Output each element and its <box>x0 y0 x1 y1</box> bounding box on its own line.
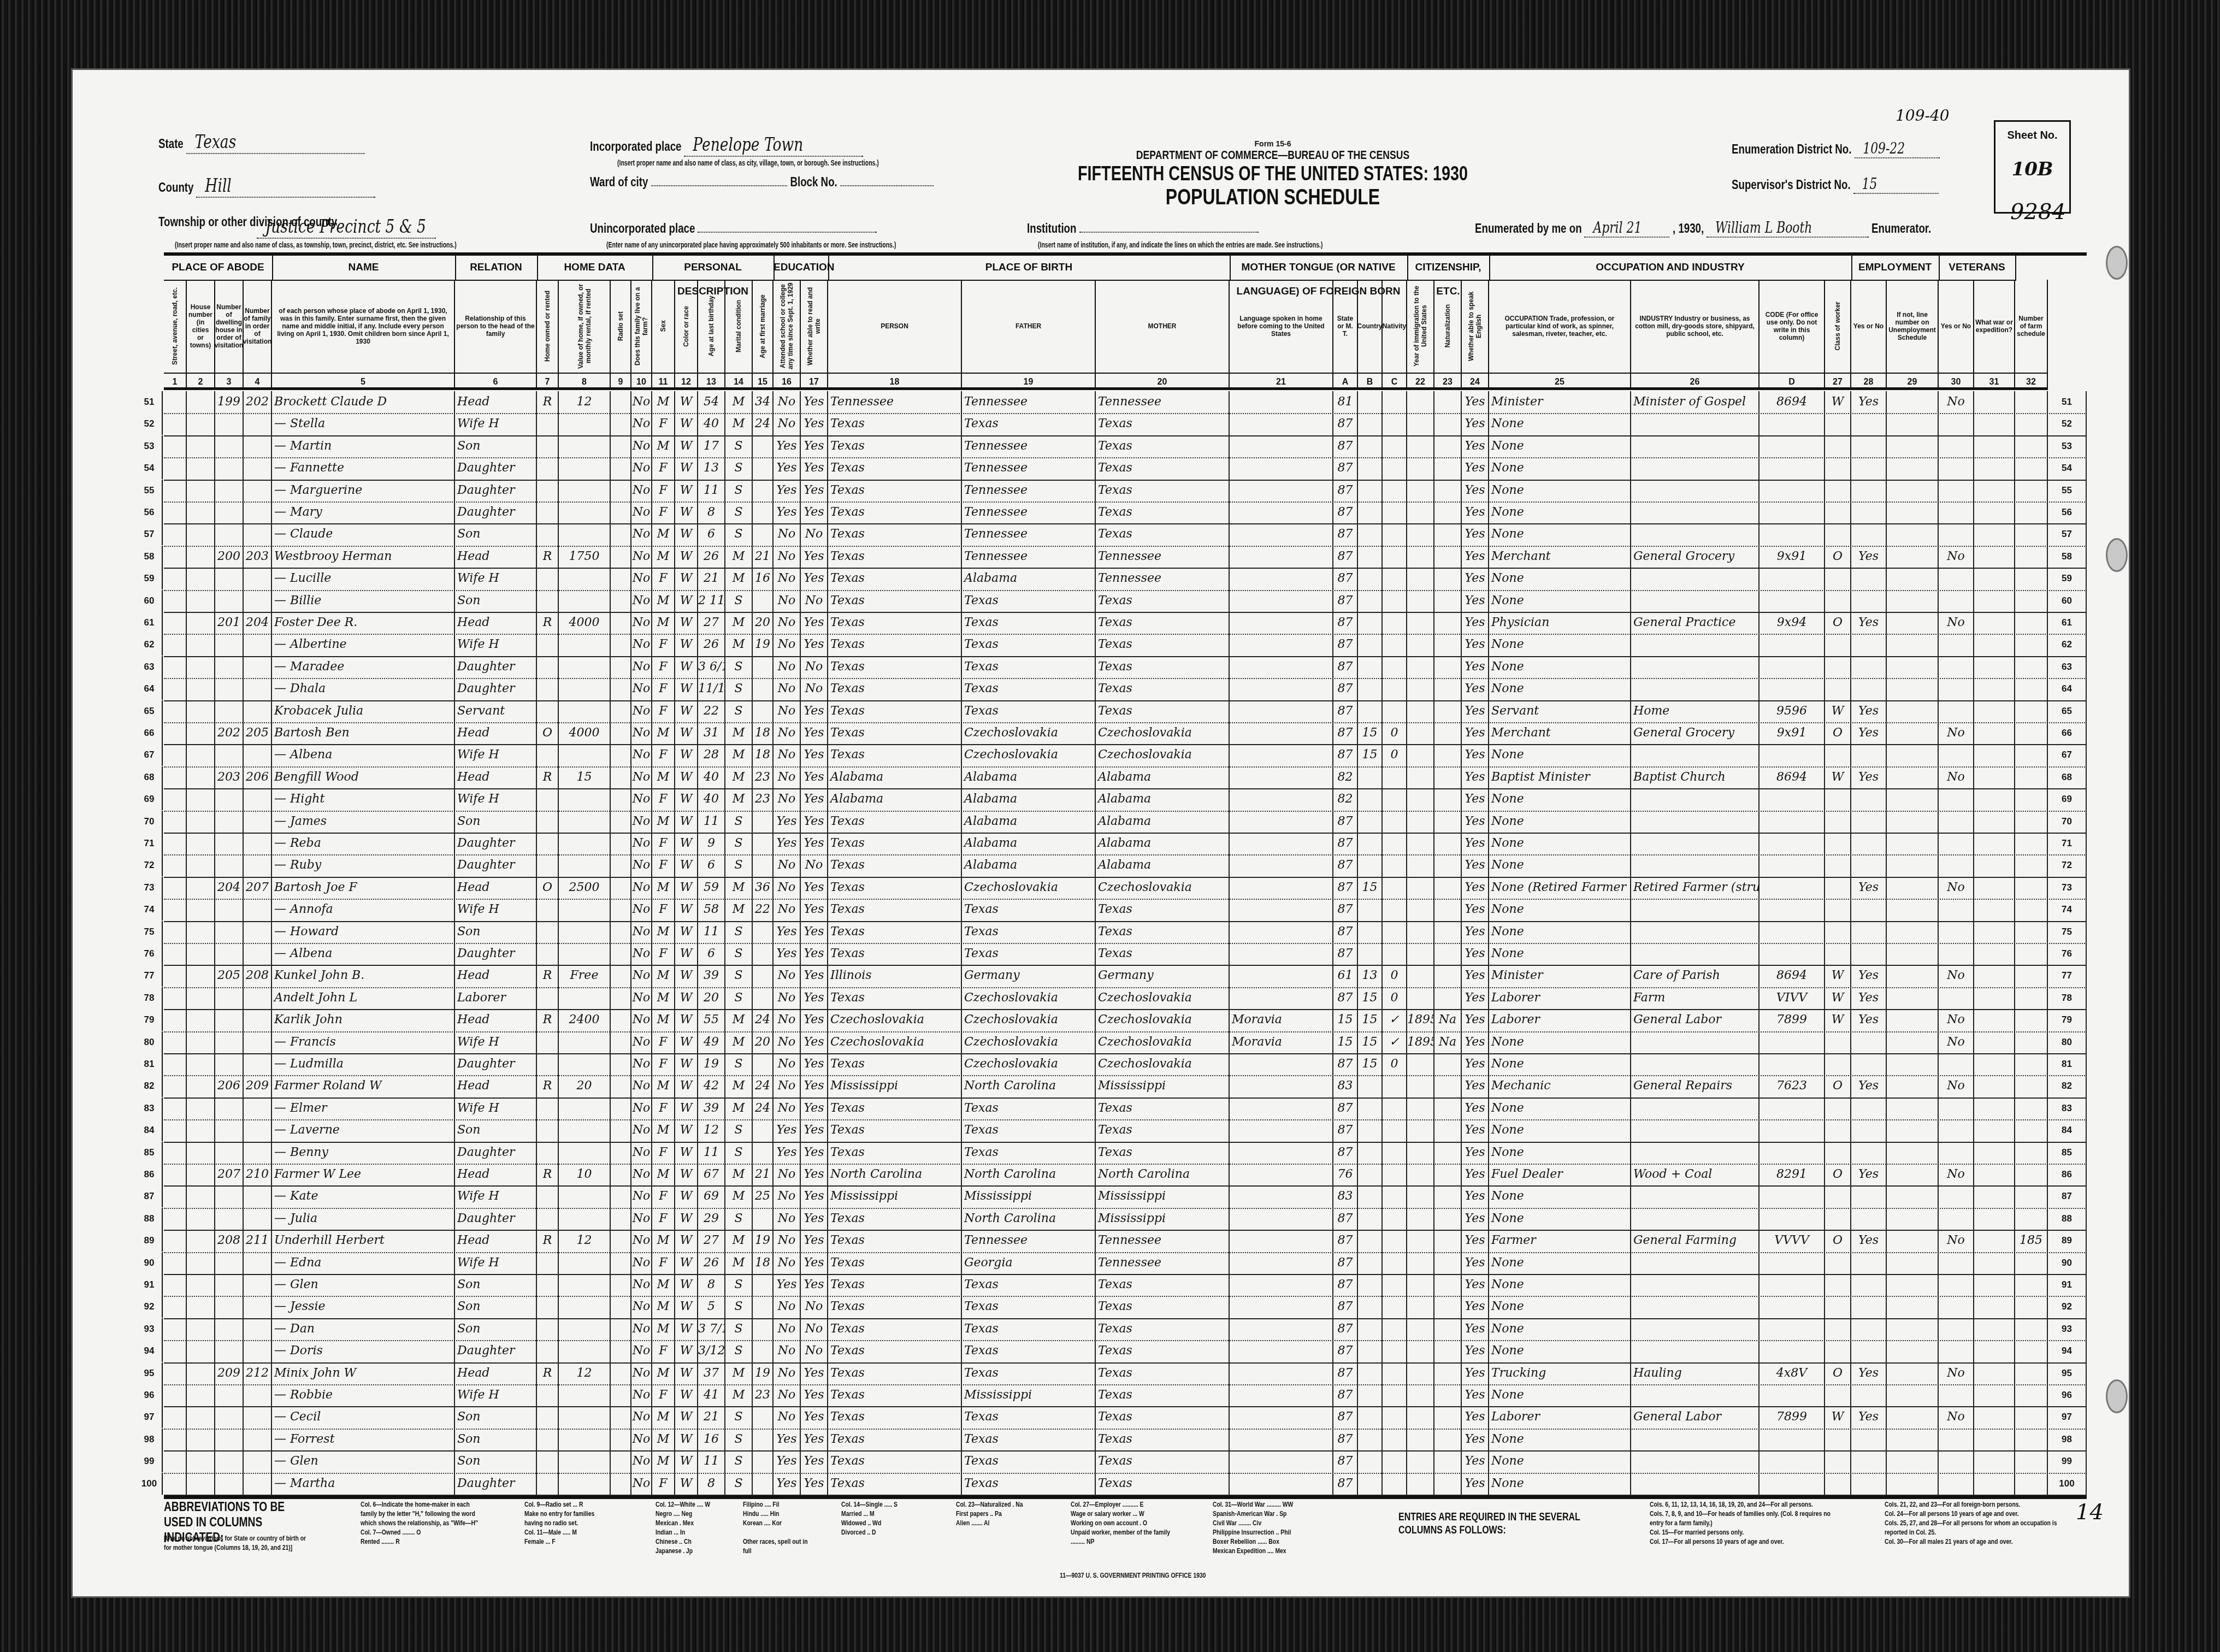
cell-war <box>1974 943 2015 965</box>
cell-b <box>1358 921 1383 943</box>
cell-mother: Texas <box>1096 921 1230 943</box>
cell-race: W <box>675 744 698 766</box>
cell-unemp <box>1887 987 1939 1009</box>
cell-code: 9x91 <box>1760 546 1825 568</box>
cell-war <box>1974 1340 2015 1362</box>
cell-farm: No <box>631 1429 652 1450</box>
cell-farmsch <box>2015 1075 2048 1097</box>
cell-sex: F <box>652 1053 675 1075</box>
cell-age_marr <box>753 1274 774 1296</box>
cell-read: Yes <box>801 700 828 722</box>
cell-farm: No <box>631 877 652 899</box>
cell-work: Yes <box>1851 877 1887 899</box>
cell-sex: F <box>652 1208 675 1230</box>
table-row: — LudmillaDaughterNoFW19SNoYesTexasCzech… <box>164 1053 2087 1076</box>
cell-race: W <box>675 877 698 899</box>
cell-birth: Texas <box>828 700 962 722</box>
cell-farm: No <box>631 987 652 1009</box>
enumerator-name: William L Booth <box>1707 219 1868 238</box>
cell-name: — Ruby <box>272 854 455 876</box>
cell-mother: Mississippi <box>1096 1075 1230 1097</box>
line-number-left: 74 <box>137 899 163 921</box>
cell-sex: M <box>652 1164 675 1185</box>
cell-value <box>559 590 611 612</box>
cell-class <box>1825 1031 1851 1053</box>
cell-imm <box>1407 766 1434 788</box>
cell-birth: North Carolina <box>828 1164 962 1185</box>
cell-class: W <box>1825 391 1851 413</box>
cell-relation: Daughter <box>455 854 537 876</box>
cell-farm: No <box>631 921 652 943</box>
line-number-left: 55 <box>137 480 163 501</box>
cell-read: Yes <box>801 457 828 479</box>
cell-unemp <box>1887 501 1939 523</box>
cell-age: 2 11/12 <box>698 590 725 612</box>
line-number-left: 76 <box>137 943 163 965</box>
cell-father: Tennessee <box>962 501 1096 523</box>
cell-imm <box>1407 1075 1434 1097</box>
cell-lang <box>1230 1406 1333 1428</box>
cell-lang <box>1230 1185 1333 1207</box>
cell-family <box>244 1450 272 1472</box>
cell-eng: Yes <box>1462 744 1489 766</box>
cell-work <box>1851 457 1887 479</box>
cell-imm <box>1407 1164 1434 1185</box>
cell-mother: Texas <box>1096 678 1230 700</box>
cell-farm: No <box>631 943 652 965</box>
cell-owned <box>537 1473 559 1495</box>
cell-mother: North Carolina <box>1096 1164 1230 1185</box>
cell-school: No <box>774 1318 801 1340</box>
cell-relation: Son <box>455 1429 537 1450</box>
cell-work <box>1851 921 1887 943</box>
cell-unemp <box>1887 1384 1939 1406</box>
ed-annotation: 109-40 <box>1896 107 1950 125</box>
cell-read: Yes <box>801 766 828 788</box>
line-number-left: 93 <box>137 1318 163 1340</box>
cell-age: 27 <box>698 612 725 634</box>
cell-owned <box>537 1318 559 1340</box>
cell-code: 8694 <box>1760 766 1825 788</box>
cell-farmsch <box>2015 1450 2048 1472</box>
cell-nat <box>1434 1318 1462 1340</box>
cell-class: O <box>1825 612 1851 634</box>
cell-a: 87 <box>1333 1429 1358 1450</box>
column-header: Value of home, if owned, or monthly rent… <box>559 280 611 373</box>
cell-war <box>1974 590 2015 612</box>
cell-house <box>187 656 215 678</box>
cell-imm: 1895 <box>1407 1009 1434 1031</box>
cell-read: No <box>801 590 828 612</box>
cell-radio <box>611 413 631 435</box>
cell-radio <box>611 1429 631 1450</box>
cell-name: Foster Dee R. <box>272 612 455 634</box>
cell-family <box>244 700 272 722</box>
cell-vet <box>1939 744 1974 766</box>
cell-a: 87 <box>1333 1230 1358 1252</box>
cell-imm <box>1407 435 1434 457</box>
cell-father: Alabama <box>962 811 1096 833</box>
cell-age: 6 <box>698 943 725 965</box>
cell-race: W <box>675 987 698 1009</box>
cell-code <box>1760 568 1825 589</box>
cell-work <box>1851 634 1887 656</box>
cell-age: 6 <box>698 523 725 545</box>
line-number: 74 <box>2048 899 2087 921</box>
line-number-left: 77 <box>137 965 163 987</box>
cell-age: 11 <box>698 1450 725 1472</box>
cell-nat <box>1434 634 1462 656</box>
cell-lang <box>1230 612 1333 634</box>
cell-read: Yes <box>801 1098 828 1119</box>
line-number: 66 <box>2048 722 2087 744</box>
cell-vet <box>1939 634 1974 656</box>
cell-code <box>1760 501 1825 523</box>
cell-name: Minix John W <box>272 1362 455 1384</box>
cell-farm: No <box>631 1296 652 1318</box>
cell-mother: Germany <box>1096 965 1230 987</box>
cell-class <box>1825 811 1851 833</box>
cell-lang <box>1230 744 1333 766</box>
cell-work: Yes <box>1851 766 1887 788</box>
cell-family <box>244 788 272 810</box>
cell-occupation: None <box>1489 788 1631 810</box>
cell-family <box>244 1406 272 1428</box>
cell-house <box>187 943 215 965</box>
cell-family <box>244 921 272 943</box>
cell-school: No <box>774 766 801 788</box>
cell-b <box>1358 943 1383 965</box>
cell-sex: M <box>652 965 675 987</box>
cell-industry: Retired Farmer (struck) <box>1631 877 1760 899</box>
cell-c <box>1383 656 1407 678</box>
cell-read: Yes <box>801 1164 828 1185</box>
cell-radio <box>611 1406 631 1428</box>
cell-sex: M <box>652 546 675 568</box>
cell-dwelling <box>215 1185 244 1207</box>
cell-a: 87 <box>1333 1208 1358 1230</box>
cell-code <box>1760 1384 1825 1406</box>
cell-school: No <box>774 965 801 987</box>
line-number: 60 <box>2048 590 2087 612</box>
ward-field: Ward of city Block No. <box>590 175 934 190</box>
cell-read: Yes <box>801 1274 828 1296</box>
county-value: Hill <box>197 175 376 198</box>
cell-a: 87 <box>1333 1318 1358 1340</box>
cell-father: Czechoslovakia <box>962 1009 1096 1031</box>
cell-value <box>559 854 611 876</box>
cell-war <box>1974 877 2015 899</box>
cell-farm: No <box>631 788 652 810</box>
incorporated-note: (Insert proper name and also name of cla… <box>617 158 879 167</box>
cell-nat <box>1434 987 1462 1009</box>
cell-b: 13 <box>1358 965 1383 987</box>
column-number: 17 <box>801 373 828 390</box>
cell-age: 8 <box>698 1274 725 1296</box>
cell-birth: Texas <box>828 744 962 766</box>
line-number-left: 72 <box>137 854 163 876</box>
cell-work <box>1851 833 1887 854</box>
cell-marital: M <box>725 877 753 899</box>
cell-imm <box>1407 634 1434 656</box>
cell-mother: Texas <box>1096 1450 1230 1472</box>
cell-marital: M <box>725 1031 753 1053</box>
cell-value: 15 <box>559 766 611 788</box>
cell-name: Farmer W Lee <box>272 1164 455 1185</box>
cell-farm: No <box>631 854 652 876</box>
cell-relation: Head <box>455 546 537 568</box>
cell-work <box>1851 1340 1887 1362</box>
cell-vet <box>1939 1340 1974 1362</box>
cell-house <box>187 987 215 1009</box>
cell-age: 3 7/12 <box>698 1318 725 1340</box>
cell-value: 10 <box>559 1164 611 1185</box>
cell-code <box>1760 678 1825 700</box>
cell-eng: Yes <box>1462 656 1489 678</box>
cell-value: 2500 <box>559 877 611 899</box>
cell-value <box>559 1185 611 1207</box>
cell-street <box>164 1098 187 1119</box>
cell-lang <box>1230 1252 1333 1274</box>
cell-street <box>164 854 187 876</box>
cell-father: Texas <box>962 943 1096 965</box>
cell-farmsch <box>2015 1098 2048 1119</box>
page-number: 14 <box>2076 1500 2104 1525</box>
cell-lang <box>1230 700 1333 722</box>
township-note: (Insert proper name and also name of cla… <box>175 240 457 249</box>
cell-school: Yes <box>774 501 801 523</box>
cell-b <box>1358 1075 1383 1097</box>
cell-value <box>559 457 611 479</box>
cell-vet <box>1939 1053 1974 1075</box>
cell-lang <box>1230 480 1333 501</box>
cell-dwelling <box>215 501 244 523</box>
cell-industry: Care of Parish <box>1631 965 1760 987</box>
cell-age: 11 <box>698 1142 725 1164</box>
cell-farm: No <box>631 766 652 788</box>
cell-mother: Texas <box>1096 700 1230 722</box>
cell-street <box>164 1230 187 1252</box>
table-row: — ClaudeSonNoMW6SNoNoTexasTennesseeTexas… <box>164 523 2087 546</box>
cell-sex: M <box>652 1075 675 1097</box>
cell-read: Yes <box>801 1429 828 1450</box>
cell-unemp <box>1887 656 1939 678</box>
cell-lang <box>1230 766 1333 788</box>
cell-age_marr <box>753 987 774 1009</box>
cell-war <box>1974 1384 2015 1406</box>
cell-dwelling <box>215 457 244 479</box>
cell-farmsch <box>2015 590 2048 612</box>
cell-unemp <box>1887 899 1939 921</box>
cell-marital: S <box>725 1053 753 1075</box>
cell-farmsch <box>2015 1164 2048 1185</box>
cell-eng: Yes <box>1462 1185 1489 1207</box>
column-number: 3 <box>215 373 244 390</box>
cell-c <box>1383 1230 1407 1252</box>
cell-birth: Texas <box>828 413 962 435</box>
cell-class <box>1825 480 1851 501</box>
cell-read: Yes <box>801 1075 828 1097</box>
cell-code <box>1760 854 1825 876</box>
cell-unemp <box>1887 523 1939 545</box>
cell-house <box>187 590 215 612</box>
cell-father: Texas <box>962 1340 1096 1362</box>
cell-lang <box>1230 921 1333 943</box>
cell-dwelling: 208 <box>215 1230 244 1252</box>
cell-class <box>1825 1429 1851 1450</box>
cell-b: 15 <box>1358 1031 1383 1053</box>
cell-unemp <box>1887 1340 1939 1362</box>
cell-occupation: None <box>1489 1429 1631 1450</box>
cell-father: Czechoslovakia <box>962 1053 1096 1075</box>
incorporated-place-field: Incorporated place Penelope Town <box>590 134 863 157</box>
cell-name: — Stella <box>272 413 455 435</box>
cell-race: W <box>675 612 698 634</box>
column-header: Whether able to speak English <box>1462 280 1489 373</box>
institution-value <box>1079 232 1259 233</box>
cell-family <box>244 1053 272 1075</box>
corner-number: 9284 <box>2010 199 2066 225</box>
table-row: — ElmerWife HNoFW39M24NoYesTexasTexasTex… <box>164 1098 2087 1120</box>
line-number-left: 58 <box>137 546 163 568</box>
cell-dwelling <box>215 413 244 435</box>
cell-class <box>1825 1142 1851 1164</box>
cell-age: 11/12 <box>698 678 725 700</box>
line-number-left: 65 <box>137 700 163 722</box>
cell-class <box>1825 523 1851 545</box>
footer-abbreviations: ABBREVIATIONS TO BE USED IN COLUMNS INDI… <box>164 1500 2087 1587</box>
cell-read: Yes <box>801 788 828 810</box>
line-number-left: 75 <box>137 921 163 943</box>
cell-work <box>1851 788 1887 810</box>
cell-war <box>1974 766 2015 788</box>
cell-father: North Carolina <box>962 1075 1096 1097</box>
cell-birth: Texas <box>828 1252 962 1274</box>
column-number: 28 <box>1851 373 1887 390</box>
cell-owned <box>537 1384 559 1406</box>
cell-radio <box>611 766 631 788</box>
cell-radio <box>611 788 631 810</box>
cell-school: No <box>774 546 801 568</box>
cell-code <box>1760 1031 1825 1053</box>
cell-sex: M <box>652 1230 675 1252</box>
cell-school: Yes <box>774 833 801 854</box>
cell-farmsch <box>2015 833 2048 854</box>
cell-imm <box>1407 546 1434 568</box>
cell-c <box>1383 568 1407 589</box>
cell-work: Yes <box>1851 1009 1887 1031</box>
cell-birth: Illinois <box>828 965 962 987</box>
cell-code <box>1760 1473 1825 1495</box>
table-row: — MartinSonNoMW17SYesYesTexasTennesseeTe… <box>164 435 2087 458</box>
cell-marital: S <box>725 1318 753 1340</box>
line-number-left: 57 <box>137 523 163 545</box>
cell-vet <box>1939 1119 1974 1141</box>
cell-lang: Moravia <box>1230 1031 1333 1053</box>
cell-marital: S <box>725 435 753 457</box>
cell-imm <box>1407 1208 1434 1230</box>
cell-class <box>1825 833 1851 854</box>
cell-father: Tennessee <box>962 391 1096 413</box>
cell-c <box>1383 546 1407 568</box>
cell-dwelling <box>215 480 244 501</box>
cell-imm <box>1407 965 1434 987</box>
cell-b <box>1358 435 1383 457</box>
supervisor-district-field: Supervisor's District No. 15 <box>1732 175 1939 194</box>
cell-b <box>1358 1164 1383 1185</box>
line-number-left: 78 <box>137 987 163 1009</box>
cell-imm <box>1407 413 1434 435</box>
cell-marital: M <box>725 1230 753 1252</box>
cell-unemp <box>1887 568 1939 589</box>
cell-war <box>1974 1450 2015 1472</box>
cell-war <box>1974 391 2015 413</box>
cell-farmsch <box>2015 634 2048 656</box>
cell-family: 212 <box>244 1362 272 1384</box>
cell-relation: Son <box>455 590 537 612</box>
cell-family <box>244 1119 272 1141</box>
cell-owned <box>537 700 559 722</box>
cell-age: 6 <box>698 854 725 876</box>
cell-sex: M <box>652 811 675 833</box>
cell-dwelling <box>215 590 244 612</box>
cell-house <box>187 1031 215 1053</box>
cell-war <box>1974 1406 2015 1428</box>
cell-radio <box>611 1318 631 1340</box>
cell-vet <box>1939 1142 1974 1164</box>
cell-school: Yes <box>774 435 801 457</box>
cell-war <box>1974 921 2015 943</box>
cell-nat <box>1434 1119 1462 1141</box>
cell-sex: M <box>652 612 675 634</box>
cell-read: Yes <box>801 943 828 965</box>
column-header: Year of immigration to the United States <box>1407 280 1434 373</box>
cell-age_marr <box>753 1429 774 1450</box>
cell-family <box>244 678 272 700</box>
cell-c <box>1383 1473 1407 1495</box>
cell-vet: No <box>1939 1164 1974 1185</box>
cell-owned <box>537 1098 559 1119</box>
cell-family: 208 <box>244 965 272 987</box>
cell-nat <box>1434 788 1462 810</box>
cell-street <box>164 877 187 899</box>
cell-c <box>1383 833 1407 854</box>
cell-a: 87 <box>1333 1098 1358 1119</box>
cell-birth: Texas <box>828 811 962 833</box>
cell-farm: No <box>631 634 652 656</box>
cell-work <box>1851 1473 1887 1495</box>
cell-class: O <box>1825 1230 1851 1252</box>
line-number-left: 83 <box>137 1098 163 1119</box>
line-number: 98 <box>2048 1429 2087 1450</box>
cell-b <box>1358 656 1383 678</box>
cell-school: No <box>774 523 801 545</box>
cell-marital: S <box>725 1429 753 1450</box>
cell-race: W <box>675 1450 698 1472</box>
cell-vet: No <box>1939 1031 1974 1053</box>
cell-race: W <box>675 921 698 943</box>
cell-birth: Texas <box>828 612 962 634</box>
cell-father: Texas <box>962 1274 1096 1296</box>
cell-eng: Yes <box>1462 1031 1489 1053</box>
table-row: 209212Minix John WHeadR12NoMW37M19NoYesT… <box>164 1362 2087 1385</box>
cell-imm <box>1407 480 1434 501</box>
cell-code: 7623 <box>1760 1075 1825 1097</box>
cell-occupation: Servant <box>1489 700 1631 722</box>
cell-b <box>1358 1450 1383 1472</box>
cell-street <box>164 921 187 943</box>
cell-a: 87 <box>1333 435 1358 457</box>
